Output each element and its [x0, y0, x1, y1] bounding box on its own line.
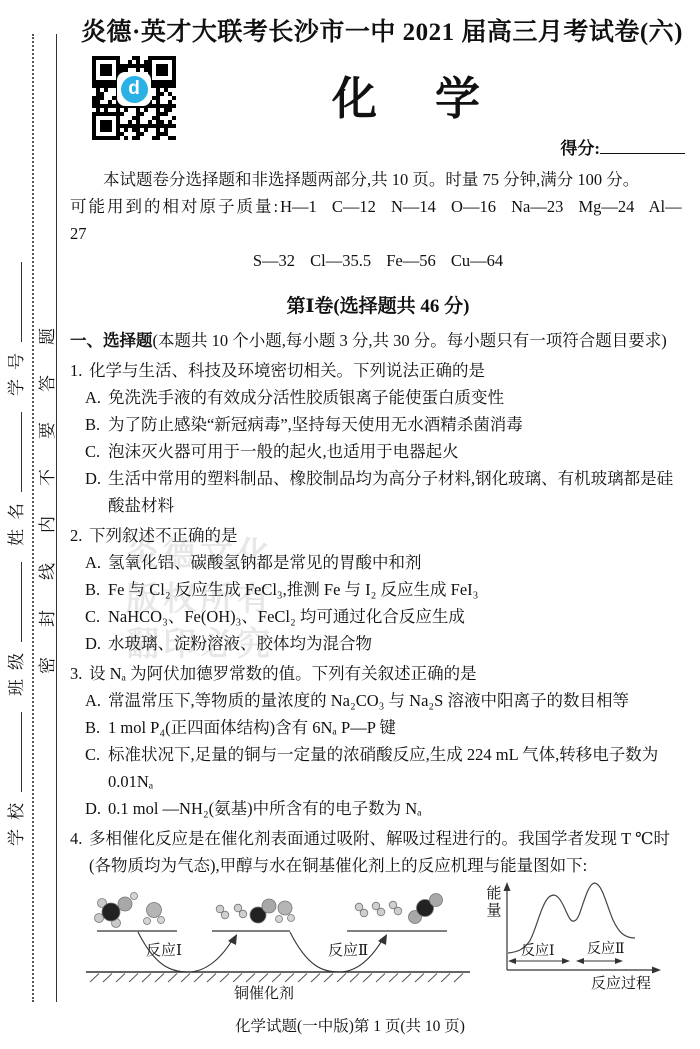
- option-label: B.: [85, 576, 108, 603]
- option-label: D.: [85, 465, 108, 519]
- atomic-mass-label: 可能用到的相对原子质量:: [70, 197, 280, 216]
- student-info-fields: 学校班级姓名学号: [6, 84, 28, 846]
- question-1-option-a: A.免洗洗手液的有效成分活性胶质银离子能使蛋白质变性: [70, 384, 686, 411]
- catalyst-hatching: [90, 974, 463, 983]
- arc2-arrowhead: [378, 934, 387, 945]
- class-blank-line: [15, 562, 22, 642]
- question-stem: 下列叙述不正确的是: [89, 522, 686, 549]
- arc1-arrowhead: [228, 934, 237, 945]
- question-3-option-b: B.1 mol P₄(正四面体结构)含有 6Nₐ P—P 键: [70, 714, 686, 741]
- question-1-option-c: C.泡沫灭火器可用于一般的起火,也适用于电器起火: [70, 438, 686, 465]
- option-label: B.: [85, 714, 108, 741]
- name-blank-line: [15, 412, 22, 492]
- question-2-option-a: A.氢氧化铝、碳酸氢钠都是常见的胃酸中和剂: [70, 549, 686, 576]
- score-label: 得分:: [560, 139, 600, 158]
- x-axis-arrowhead: [652, 967, 661, 974]
- school-field-label: 学校: [7, 794, 26, 846]
- question-3: 3.设 Nₐ 为阿伏加德罗常数的值。下列有关叙述正确的是 A.常温常压下,等物质…: [70, 660, 686, 822]
- question-number: 2.: [70, 522, 89, 549]
- option-text: NaHCO₃、Fe(OH)₃、FeCl₂ 均可通过化合反应生成: [108, 603, 686, 630]
- option-text: 泡沫灭火器可用于一般的起火,也适用于电器起火: [108, 438, 686, 465]
- logo-letter: d: [128, 78, 140, 100]
- question-number: 3.: [70, 660, 89, 687]
- section-instruction: 一、选择题(本题共 10 个小题,每小题 3 分,共 30 分。每小题只有一项符…: [70, 327, 686, 354]
- carbon-dioxide-molecule: [409, 894, 443, 924]
- question-stem: 设 Nₐ 为阿伏加德罗常数的值。下列有关叙述正确的是: [89, 660, 686, 687]
- x-axis-label: 反应过程: [591, 975, 651, 992]
- question-3-option-d: D.0.1 mol —NH₂(氨基)中所含有的电子数为 Nₐ: [70, 795, 686, 822]
- seal-instruction: 密封线内不要答题: [37, 292, 59, 680]
- y-axis-label: 能量: [485, 886, 503, 920]
- atomic-mass-line-2: S—32 Cl—35.5 Fe—56 Cu—64: [70, 247, 686, 274]
- subject-char-2: 学: [435, 74, 480, 124]
- seal-dotted-line: [32, 34, 34, 1002]
- question-3-option-c: C.标准状况下,足量的铜与一定量的浓硝酸反应,生成 224 mL 气体,转移电子…: [70, 741, 686, 795]
- question-number: 4.: [70, 825, 89, 879]
- option-text: 水玻璃、淀粉溶液、胶体均为混合物: [108, 630, 686, 657]
- catalyst-label: 铜催化剂: [234, 984, 294, 1002]
- option-text: 为了防止感染“新冠病毒”,坚持每天使用无水酒精杀菌消毒: [108, 411, 686, 438]
- option-text: 生活中常用的塑料制品、橡胶制品均为高分子材料,钢化玻璃、有机玻璃都是硅酸盐材料: [108, 465, 686, 519]
- energy-stage2-label: 反应Ⅱ: [587, 941, 625, 957]
- student-id-field-label: 学号: [7, 344, 26, 396]
- question-1-option-d: D.生活中常用的塑料制品、橡胶制品均为高分子材料,钢化玻璃、有机玻璃都是硅酸盐材…: [70, 465, 686, 519]
- option-label: A.: [85, 384, 108, 411]
- hydrogen-molecule: [216, 904, 247, 919]
- question-3-option-a: A.常温常压下,等物质的量浓度的 Na₂CO₃ 与 Na₂S 溶液中阳离子的数目…: [70, 687, 686, 714]
- exam-summary: 本试题卷分选择题和非选择题两部分,共 10 页。时量 75 分钟,满分 100 …: [70, 166, 686, 193]
- question-2-option-c: C.NaHCO₃、Fe(OH)₃、FeCl₂ 均可通过化合反应生成: [70, 603, 686, 630]
- option-text: 1 mol P₄(正四面体结构)含有 6Nₐ P—P 键: [108, 714, 686, 741]
- option-label: B.: [85, 411, 108, 438]
- publisher-logo: d: [117, 72, 151, 106]
- qr-code: d: [92, 56, 176, 140]
- option-label: D.: [85, 795, 108, 822]
- question-3-stem-row: 3.设 Nₐ 为阿伏加德罗常数的值。下列有关叙述正确的是: [70, 660, 686, 687]
- water-molecule: [276, 901, 295, 923]
- subject-title: 化学: [332, 62, 480, 127]
- question-4: 4.多相催化反应是在催化剂表面通过吸附、解吸过程进行的。我国学者发现 T ℃时(…: [70, 825, 686, 879]
- question-4-stem-row: 4.多相催化反应是在催化剂表面通过吸附、解吸过程进行的。我国学者发现 T ℃时(…: [70, 825, 686, 879]
- score-field: 得分:: [560, 134, 685, 159]
- question-number: 1.: [70, 357, 89, 384]
- hydrogen-molecule: [355, 901, 402, 917]
- exam-body: 本试题卷分选择题和非选择题两部分,共 10 页。时量 75 分钟,满分 100 …: [70, 166, 686, 879]
- option-text: 常温常压下,等物质的量浓度的 Na₂CO₃ 与 Na₂S 溶液中阳离子的数目相等: [108, 687, 686, 714]
- question-2-option-b: B.Fe 与 Cl₂ 反应生成 FeCl₃,推测 Fe 与 I₂ 反应生成 Fe…: [70, 576, 686, 603]
- methanol-molecule: [95, 893, 138, 928]
- option-label: C.: [85, 438, 108, 465]
- question-stem: 化学与生活、科技及环境密切相关。下列说法正确的是: [89, 357, 686, 384]
- reaction2-label: 反应Ⅱ: [328, 942, 368, 959]
- option-label: C.: [85, 603, 108, 630]
- instruction-body: (本题共 10 个小题,每小题 3 分,共 30 分。每小题只有一项符合题目要求…: [153, 331, 667, 350]
- reaction-mechanism-figure: 反应Ⅰ 反应Ⅱ 铜催化剂: [78, 892, 478, 1017]
- question-1: 1.化学与生活、科技及环境密切相关。下列说法正确的是 A.免洗洗手液的有效成分活…: [70, 357, 686, 519]
- instruction-lead: 一、选择题: [70, 331, 153, 350]
- option-text: 标准状况下,足量的铜与一定量的浓硝酸反应,生成 224 mL 气体,转移电子数为…: [108, 741, 686, 795]
- question-stem: 多相催化反应是在催化剂表面通过吸附、解吸过程进行的。我国学者发现 T ℃时(各物…: [89, 825, 686, 879]
- question-1-option-b: B.为了防止感染“新冠病毒”,坚持每天使用无水酒精杀菌消毒: [70, 411, 686, 438]
- y-axis-arrowhead: [504, 882, 511, 891]
- school-blank-line: [15, 712, 22, 792]
- option-label: D.: [85, 630, 108, 657]
- question-2-stem-row: 2.下列叙述不正确的是: [70, 522, 686, 549]
- energy-stage1-label: 反应Ⅰ: [521, 943, 555, 959]
- subject-char-1: 化: [332, 74, 377, 124]
- question-1-stem-row: 1.化学与生活、科技及环境密切相关。下列说法正确的是: [70, 357, 686, 384]
- question-2-option-d: D.水玻璃、淀粉溶液、胶体均为混合物: [70, 630, 686, 657]
- reaction1-label: 反应Ⅰ: [146, 942, 182, 959]
- option-text: 氢氧化铝、碳酸氢钠都是常见的胃酸中和剂: [108, 549, 686, 576]
- carbon-monoxide-molecule: [250, 899, 276, 923]
- name-field-label: 姓名: [7, 494, 26, 546]
- exam-series-title: 炎德·英才大联考长沙市一中 2021 届高三月考试卷(六): [72, 12, 692, 48]
- student-id-blank-line: [15, 262, 22, 342]
- water-molecule: [144, 903, 165, 925]
- option-text: 免洗洗手液的有效成分活性胶质银离子能使蛋白质变性: [108, 384, 686, 411]
- page-footer: 化学试题(一中版)第 1 页(共 10 页): [0, 1014, 700, 1036]
- energy-profile-figure: 反应Ⅰ 反应Ⅱ 反应过程: [483, 876, 693, 1006]
- atomic-mass-line-1: 可能用到的相对原子质量:H—1 C—12 N—14 O—16 Na—23 Mg—…: [70, 193, 686, 247]
- option-label: A.: [85, 687, 108, 714]
- logo-circle: d: [121, 76, 148, 103]
- option-label: A.: [85, 549, 108, 576]
- option-text: 0.1 mol —NH₂(氨基)中所含有的电子数为 Nₐ: [108, 795, 686, 822]
- option-label: C.: [85, 741, 108, 795]
- class-field-label: 班级: [7, 644, 26, 696]
- option-text: Fe 与 Cl₂ 反应生成 FeCl₃,推测 Fe 与 I₂ 反应生成 FeI₃: [108, 576, 686, 603]
- section-title: 第Ⅰ卷(选择题共 46 分): [70, 292, 686, 322]
- score-blank-line: [600, 137, 685, 154]
- exam-page: 学校班级姓名学号 密封线内不要答题 炎德·英才大联考长沙市一中 2021 届高三…: [0, 0, 700, 1049]
- question-2: 2.下列叙述不正确的是 A.氢氧化铝、碳酸氢钠都是常见的胃酸中和剂 B.Fe 与…: [70, 522, 686, 657]
